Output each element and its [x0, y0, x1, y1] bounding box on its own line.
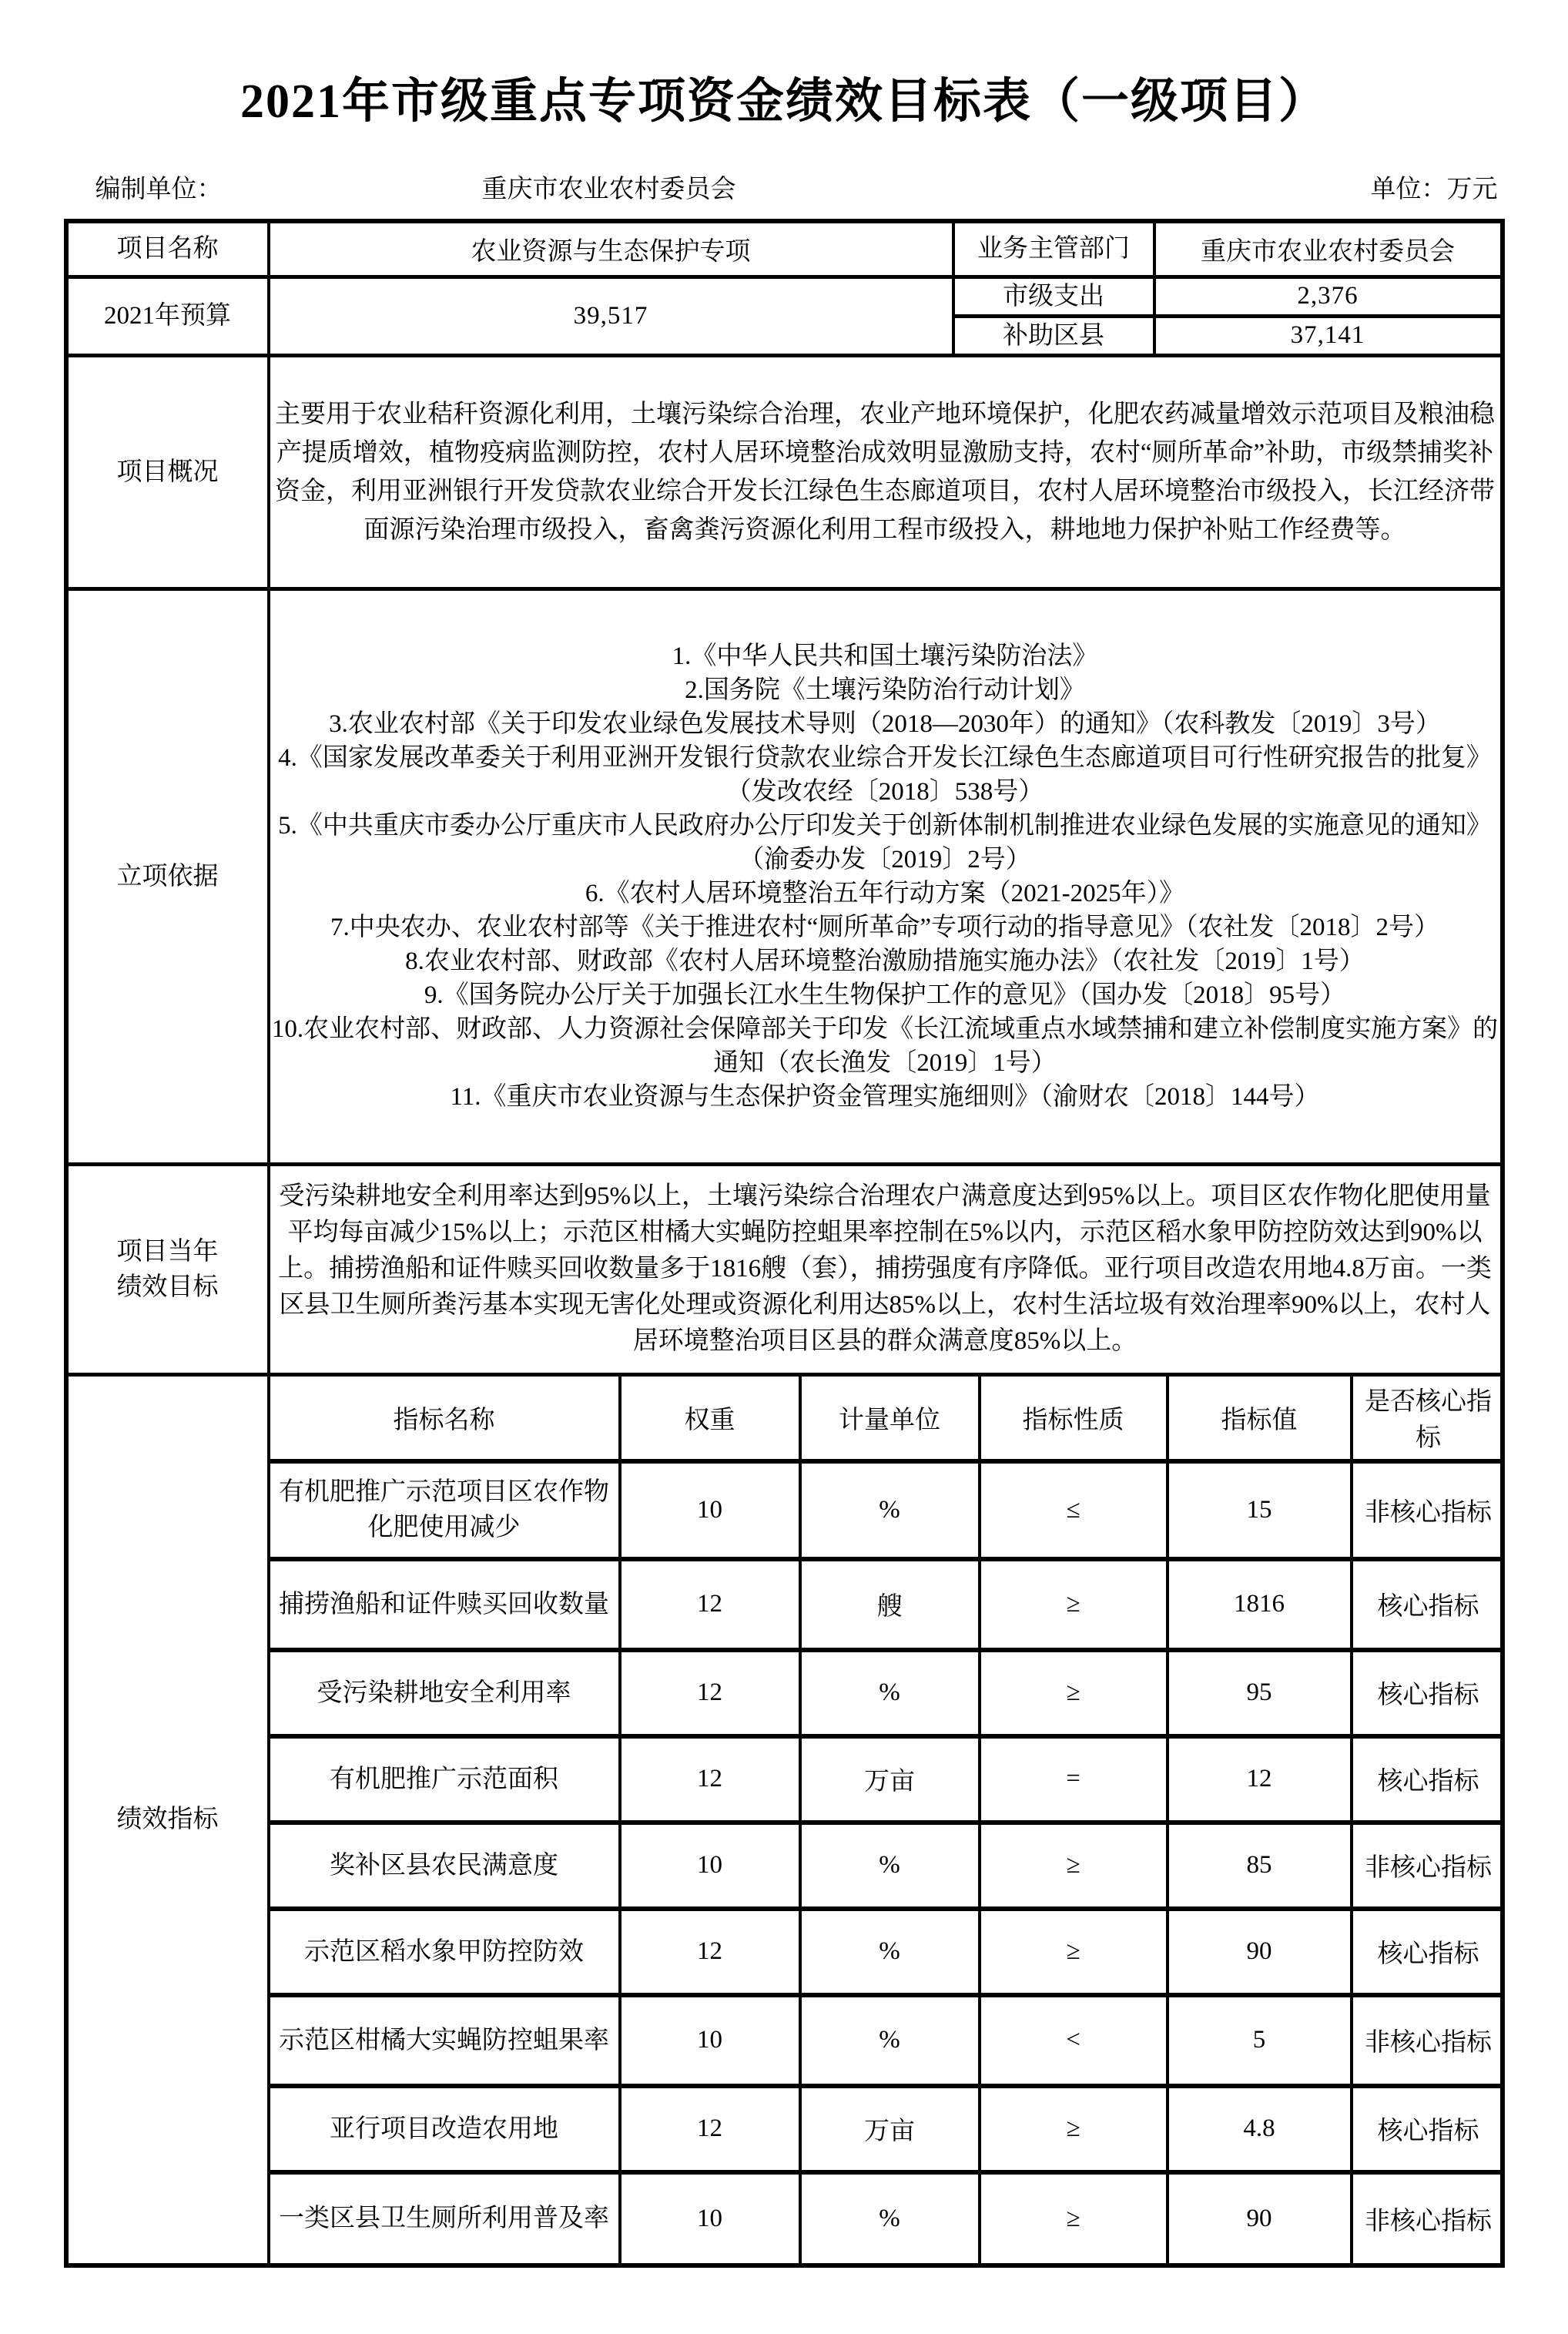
indicator-weight: 12 [620, 1559, 800, 1650]
basis-item: 6.《农村人居环境整治五年行动方案（2021-2025年）》 [270, 877, 1500, 910]
indicator-row: 有机肥推广示范面积 12 万亩 = 12 核心指标 [270, 1736, 1503, 1823]
indicator-weight: 10 [620, 1823, 800, 1909]
basis-item: 5.《中共重庆市委办公厅重庆市人民政府办公厅印发关于创新体制机制推进农业绿色发展… [270, 809, 1500, 877]
indicator-unit: 万亩 [800, 2086, 980, 2172]
meta-row: 编制单位： 重庆市农业农村委员会 单位：万元 [66, 173, 1503, 206]
indicator-row: 捕捞渔船和证件赎买回收数量 12 艘 ≥ 1816 核心指标 [270, 1559, 1503, 1650]
indicator-nature: ≤ [980, 1461, 1168, 1559]
indicator-core: 非核心指标 [1352, 1823, 1503, 1909]
basis-label: 立项依据 [66, 589, 269, 1164]
indicator-unit: % [800, 1995, 980, 2086]
indicator-value: 5 [1168, 1995, 1352, 2086]
indicator-row: 奖补区县农民满意度 10 % ≥ 85 非核心指标 [270, 1823, 1503, 1909]
indicator-value: 15 [1168, 1461, 1352, 1559]
project-name-label: 项目名称 [66, 221, 269, 277]
indicator-nature: = [980, 1736, 1168, 1823]
unit-label: 单位：万元 [1371, 173, 1498, 206]
budget-label: 2021年预算 [66, 277, 269, 355]
indicators-label: 绩效指标 [66, 1374, 269, 2265]
indicator-name: 有机肥推广示范项目区农作物化肥使用减少 [270, 1461, 620, 1559]
indicator-core: 非核心指标 [1352, 2172, 1503, 2263]
indicator-name: 一类区县卫生厕所利用普及率 [270, 2172, 620, 2263]
indicator-value: 4.8 [1168, 2086, 1352, 2172]
indicator-name: 受污染耕地安全利用率 [270, 1650, 620, 1736]
basis-item: 7.中央农办、农业农村部等《关于推进农村“厕所革命”专项行动的指导意见》（农社发… [270, 910, 1500, 944]
indicator-core: 核心指标 [1352, 1559, 1503, 1650]
row-annual-goal: 项目当年 绩效目标 受污染耕地安全利用率达到95%以上，土壤污染综合治理农户满意… [66, 1164, 1503, 1374]
budget-total-value: 39,517 [269, 277, 953, 355]
annual-goal-label-line2: 绩效目标 [69, 1269, 267, 1305]
indicators-table: 指标名称 权重 计量单位 指标性质 指标值 是否核心指标 有机肥推广示范项目区农… [270, 1377, 1503, 2263]
basis-item: 11.《重庆市农业资源与生态保护资金管理实施细则》（渝财农〔2018〕144号） [270, 1080, 1500, 1114]
indicators-header-row: 指标名称 权重 计量单位 指标性质 指标值 是否核心指标 [270, 1377, 1503, 1461]
indicator-weight: 10 [620, 1461, 800, 1559]
col-header-weight: 权重 [620, 1377, 800, 1461]
indicator-value: 95 [1168, 1650, 1352, 1736]
indicator-weight: 12 [620, 1909, 800, 1995]
indicator-name: 示范区稻水象甲防控防效 [270, 1909, 620, 1995]
annual-goal-text: 受污染耕地安全利用率达到95%以上，土壤污染综合治理农户满意度达到95%以上。项… [269, 1164, 1503, 1374]
indicator-core: 非核心指标 [1352, 1461, 1503, 1559]
indicator-value: 1816 [1168, 1559, 1352, 1650]
county-subsidy-label: 补助区县 [953, 316, 1154, 355]
basis-item: 3.农业农村部《关于印发农业绿色发展技术导则（2018—2030年）的通知》（农… [270, 707, 1500, 741]
prepared-by-value: 重庆市农业农村委员会 [482, 173, 736, 206]
basis-item: 4.《国家发展改革委关于利用亚洲开发银行贷款农业综合开发长江绿色生态廊道项目可行… [270, 741, 1500, 809]
indicator-core: 核心指标 [1352, 1909, 1503, 1995]
row-indicators: 绩效指标 指标名称 权重 计量单位 指标性质 [66, 1374, 1503, 2265]
page-title: 2021年市级重点专项资金绩效目标表（一级项目） [0, 74, 1568, 129]
basis-item: 1.《中华人民共和国土壤污染防治法》 [270, 639, 1500, 673]
dept-label: 业务主管部门 [953, 221, 1154, 277]
row-overview: 项目概况 主要用于农业秸秆资源化利用，土壤污染综合治理，农业产地环境保护，化肥农… [66, 355, 1503, 589]
col-header-nature: 指标性质 [980, 1377, 1168, 1461]
col-header-value: 指标值 [1168, 1377, 1352, 1461]
indicator-row: 有机肥推广示范项目区农作物化肥使用减少 10 % ≤ 15 非核心指标 [270, 1461, 1503, 1559]
indicator-nature: ≥ [980, 2172, 1168, 2263]
dept-value: 重庆市农业农村委员会 [1154, 221, 1503, 277]
basis-item: 2.国务院《土壤污染防治行动计划》 [270, 673, 1500, 707]
city-expense-label: 市级支出 [953, 277, 1154, 316]
overview-label: 项目概况 [66, 355, 269, 589]
indicator-weight: 10 [620, 2172, 800, 2263]
indicator-name: 捕捞渔船和证件赎买回收数量 [270, 1559, 620, 1650]
indicator-core: 核心指标 [1352, 1650, 1503, 1736]
main-table: 项目名称 农业资源与生态保护专项 业务主管部门 重庆市农业农村委员会 2021年… [64, 219, 1505, 2268]
indicator-core: 核心指标 [1352, 2086, 1503, 2172]
indicator-name: 亚行项目改造农用地 [270, 2086, 620, 2172]
indicator-core: 非核心指标 [1352, 1995, 1503, 2086]
annual-goal-label-line1: 项目当年 [69, 1234, 267, 1269]
indicator-name: 示范区柑橘大实蝇防控蛆果率 [270, 1995, 620, 2086]
indicator-name: 奖补区县农民满意度 [270, 1823, 620, 1909]
prepared-by-label: 编制单位： [95, 173, 223, 206]
indicator-unit: % [800, 1823, 980, 1909]
project-name-value: 农业资源与生态保护专项 [269, 221, 953, 277]
indicator-unit: 万亩 [800, 1736, 980, 1823]
col-header-core: 是否核心指标 [1352, 1377, 1503, 1461]
basis-list: 1.《中华人民共和国土壤污染防治法》 2.国务院《土壤污染防治行动计划》 3.农… [269, 589, 1503, 1164]
indicator-row: 亚行项目改造农用地 12 万亩 ≥ 4.8 核心指标 [270, 2086, 1503, 2172]
indicator-unit: 艘 [800, 1559, 980, 1650]
indicator-row: 受污染耕地安全利用率 12 % ≥ 95 核心指标 [270, 1650, 1503, 1736]
indicator-weight: 10 [620, 1995, 800, 2086]
indicator-nature: ≥ [980, 1650, 1168, 1736]
indicator-unit: % [800, 1650, 980, 1736]
indicator-unit: % [800, 1909, 980, 1995]
row-basis: 立项依据 1.《中华人民共和国土壤污染防治法》 2.国务院《土壤污染防治行动计划… [66, 589, 1503, 1164]
indicator-name: 有机肥推广示范面积 [270, 1736, 620, 1823]
col-header-indicator-name: 指标名称 [270, 1377, 620, 1461]
indicators-table-cell: 指标名称 权重 计量单位 指标性质 指标值 是否核心指标 有机肥推广示范项目区农… [269, 1374, 1503, 2265]
indicator-weight: 12 [620, 1650, 800, 1736]
basis-item: 8.农业农村部、财政部《农村人居环境整治激励措施实施办法》（农社发〔2019〕1… [270, 944, 1500, 978]
indicator-row: 示范区柑橘大实蝇防控蛆果率 10 % < 5 非核心指标 [270, 1995, 1503, 2086]
indicator-core: 核心指标 [1352, 1736, 1503, 1823]
indicator-row: 一类区县卫生厕所利用普及率 10 % ≥ 90 非核心指标 [270, 2172, 1503, 2263]
county-subsidy-value: 37,141 [1154, 316, 1503, 355]
indicator-nature: ≥ [980, 1823, 1168, 1909]
document-page: 2021年市级重点专项资金绩效目标表（一级项目） 编制单位： 重庆市农业农村委员… [0, 0, 1568, 2334]
indicator-nature: < [980, 1995, 1168, 2086]
indicator-weight: 12 [620, 2086, 800, 2172]
overview-text: 主要用于农业秸秆资源化利用，土壤污染综合治理，农业产地环境保护，化肥农药减量增效… [269, 355, 1503, 589]
indicator-value: 12 [1168, 1736, 1352, 1823]
indicator-nature: ≥ [980, 2086, 1168, 2172]
indicator-value: 90 [1168, 2172, 1352, 2263]
indicator-nature: ≥ [980, 1909, 1168, 1995]
annual-goal-label: 项目当年 绩效目标 [66, 1164, 269, 1374]
indicator-value: 85 [1168, 1823, 1352, 1909]
basis-item: 9.《国务院办公厅关于加强长江水生生物保护工作的意见》（国办发〔2018〕95号… [270, 978, 1500, 1012]
indicator-row: 示范区稻水象甲防控防效 12 % ≥ 90 核心指标 [270, 1909, 1503, 1995]
indicator-unit: % [800, 1461, 980, 1559]
indicator-weight: 12 [620, 1736, 800, 1823]
basis-item: 10.农业农村部、财政部、人力资源社会保障部关于印发《长江流域重点水域禁捕和建立… [270, 1012, 1500, 1080]
row-project-name: 项目名称 农业资源与生态保护专项 业务主管部门 重庆市农业农村委员会 [66, 221, 1503, 277]
city-expense-value: 2,376 [1154, 277, 1503, 316]
indicator-value: 90 [1168, 1909, 1352, 1995]
row-budget-city: 2021年预算 39,517 市级支出 2,376 [66, 277, 1503, 316]
col-header-unit: 计量单位 [800, 1377, 980, 1461]
indicator-nature: ≥ [980, 1559, 1168, 1650]
indicator-unit: % [800, 2172, 980, 2263]
